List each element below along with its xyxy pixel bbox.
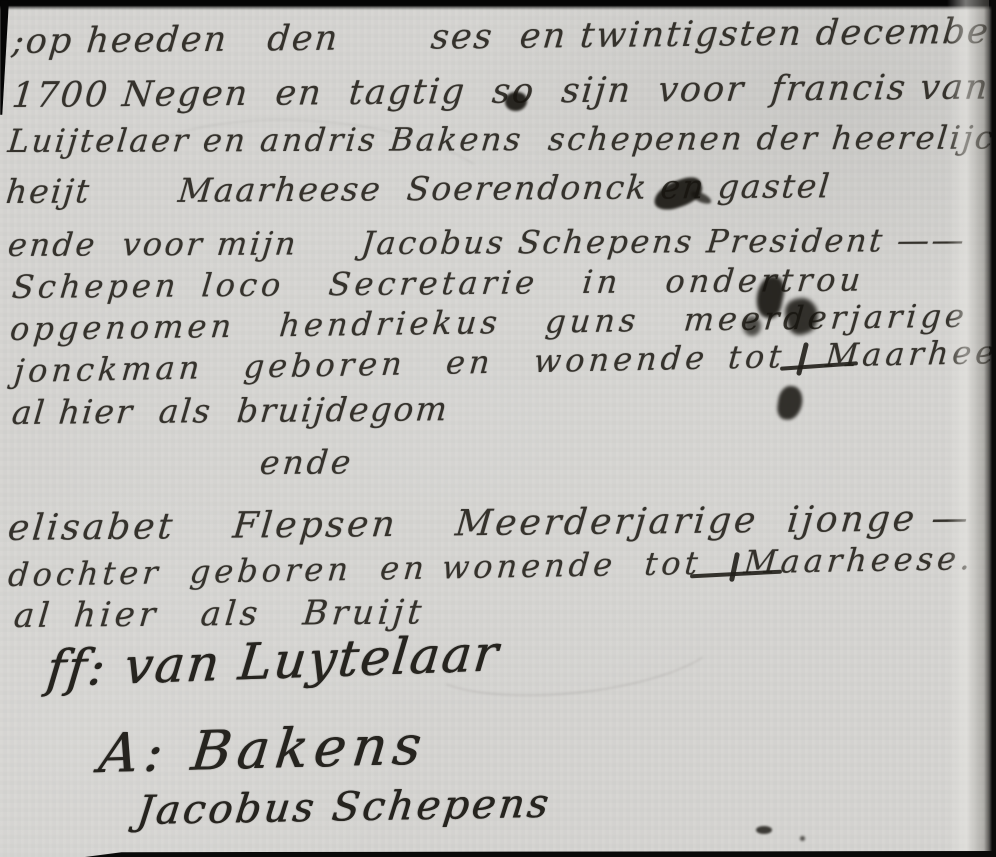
- scan-edge-top: [0, 0, 996, 10]
- ink-smudge: [743, 316, 761, 336]
- manuscript-line-9: al hier als bruijdegom: [10, 389, 451, 432]
- scan-edge-bottom: [85, 851, 996, 857]
- signature-schepens: Jacobus Schepens: [134, 781, 553, 834]
- ink-speck: [756, 826, 772, 834]
- scan-edge-top-left: [0, 0, 9, 115]
- signature-bakens: A: Bakens: [96, 713, 430, 785]
- manuscript-line-10: ende: [258, 442, 355, 482]
- page-edge-shadow: [947, 0, 989, 857]
- show-through-mark: [416, 584, 728, 709]
- ink-blot: [776, 384, 804, 421]
- scan-edge-right: [989, 0, 996, 857]
- ink-speck: [800, 836, 805, 841]
- manuscript-line-2: 1700 Negen en tagtig so sijn voor franci…: [10, 67, 991, 116]
- document-scan-page: ;op heeden den ses en twintigsten decemb…: [0, 0, 996, 857]
- manuscript-line-1: ;op heeden den ses en twintigsten decemb…: [10, 12, 996, 62]
